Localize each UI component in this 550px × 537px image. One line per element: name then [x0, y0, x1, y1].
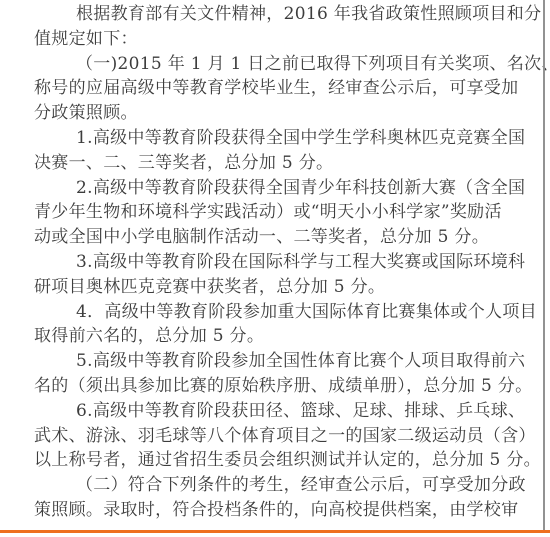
text-line: 动或全国中小学电脑制作活动一、二等奖者，总分加 5 分。: [34, 225, 474, 250]
text-line: 武术、游泳、羽毛球等八个体育项目之一的国家二级运动员（含）: [34, 424, 474, 449]
text-line: 称号的应届高级中等教育学校毕业生，经审查公示后，可享受加: [34, 76, 474, 101]
text-line: 策照顾。录取时，符合投档条件的，向高校提供档案，由学校审: [34, 498, 474, 523]
text-line: 4．高级中等教育阶段参加重大国际体育比赛集体或个人项目: [34, 300, 474, 325]
text-line: 青少年生物和环境科学实践活动）或“明天小小科学家”奖励活: [34, 200, 474, 225]
document-page: 根据教育部有关文件精神，2016 年我省政策性照顾项目和分 值规定如下： （一)…: [0, 0, 550, 537]
bottom-accent-rule: [0, 530, 550, 533]
text-line: 以上称号者，通过省招生委员会组织测试并认定的，总分加 5 分。: [34, 448, 474, 473]
text-line: 取得前六名的，总分加 5 分。: [34, 324, 474, 349]
text-line: （二）符合下列条件的考生，经审查公示后，可享受加分政: [34, 473, 474, 498]
right-page-border: [543, 0, 545, 530]
text-line: 研项目奥林匹克竞赛中获奖者，总分加 5 分。: [34, 275, 474, 300]
text-line: 2.高级中等教育阶段获得全国青少年科技创新大赛（含全国: [34, 176, 474, 201]
text-line: 值规定如下：: [34, 27, 474, 52]
text-line: 6.高级中等教育阶段获田径、篮球、足球、排球、乒乓球、: [34, 399, 474, 424]
text-line: 决赛一、二、三等奖者，总分加 5 分。: [34, 151, 474, 176]
text-line: 5.高级中等教育阶段参加全国性体育比赛个人项目取得前六: [34, 349, 474, 374]
text-line: 名的（须出具参加比赛的原始秩序册、成绩单册），总分加 5 分。: [34, 374, 474, 399]
text-line: 1.高级中等教育阶段获得全国中学生学科奥林匹克竞赛全国: [34, 126, 474, 151]
text-line: 根据教育部有关文件精神，2016 年我省政策性照顾项目和分: [34, 2, 474, 27]
text-line: 分政策照顾。: [34, 101, 474, 126]
document-text: 根据教育部有关文件精神，2016 年我省政策性照顾项目和分 值规定如下： （一)…: [34, 2, 474, 523]
text-line: （一)2015 年 1 月 1 日之前已取得下列项目有关奖项、名次、: [34, 52, 474, 77]
text-line: 3.高级中等教育阶段在国际科学与工程大奖赛或国际环境科: [34, 250, 474, 275]
